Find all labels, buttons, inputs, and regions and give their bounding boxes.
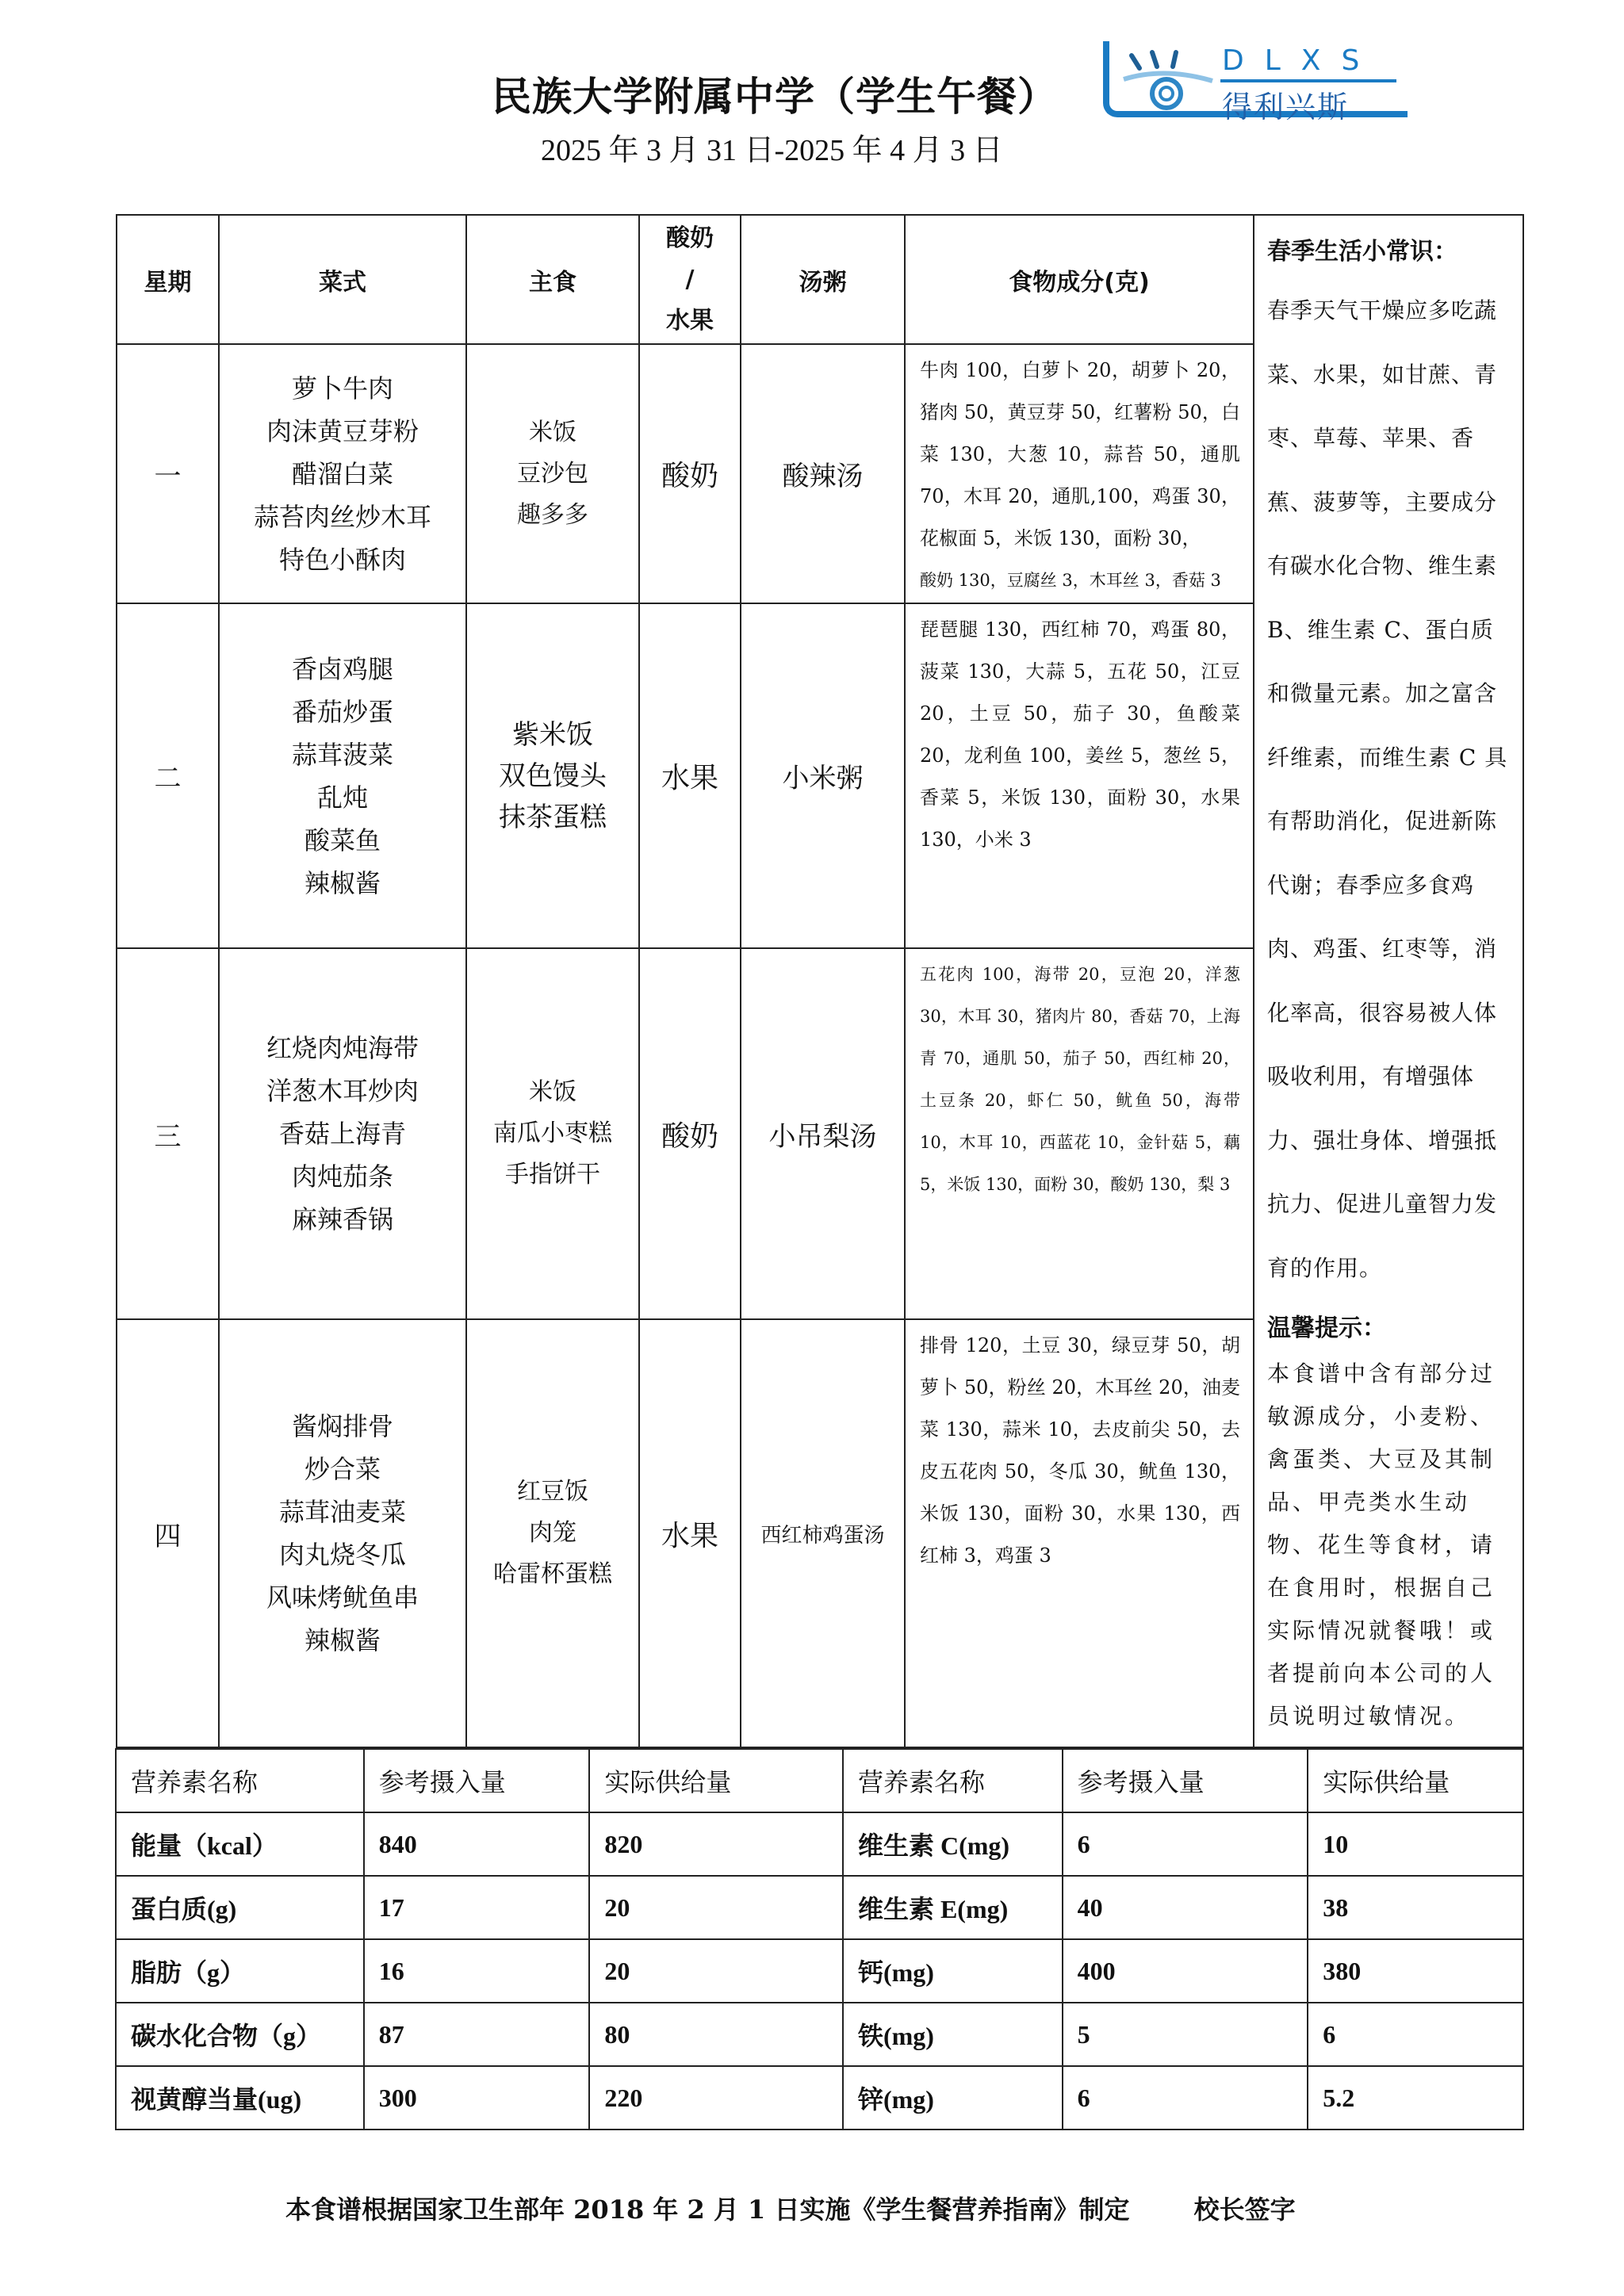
actual-value: 820 [589, 1812, 843, 1876]
staple-item: 南瓜小枣糕 [493, 1113, 612, 1154]
staple-item: 豆沙包 [517, 453, 588, 495]
spring-tips-title: 春季生活小常识： [1267, 228, 1513, 276]
ingredients-text-tail: 酸奶 130，豆腐丝 3，木耳丝 3，香菇 3 [920, 560, 1221, 602]
yogurt-fruit-tue: 水果 [640, 604, 741, 949]
reference-value: 6 [1063, 2066, 1308, 2130]
reference-value: 5 [1063, 2003, 1308, 2066]
dish-item: 洋葱木耳炒肉 [266, 1070, 419, 1112]
logo-chinese-text: 得利兴斯 [1222, 82, 1349, 126]
actual-value: 20 [589, 1939, 843, 2003]
staples-thu: 红豆饭 肉笼 哈雷杯蛋糕 [467, 1320, 640, 1747]
table-row: 视黄醇当量(ug) 300 220 锌(mg) 6 5.2 [116, 2066, 1523, 2130]
spring-tips-body: 春季天气干燥应多吃蔬菜、水果，如甘蔗、青枣、草莓、苹果、香蕉、菠萝等，主要成分有… [1267, 279, 1513, 1300]
company-logo: DLXS 得利兴斯 [1103, 41, 1404, 114]
nutrient-name: 维生素 C(mg) [843, 1812, 1063, 1876]
nutrient-name: 碳水化合物（g） [116, 2003, 364, 2066]
principal-signature-label: 校长签字 [1194, 2195, 1296, 2225]
footer: 本食谱根据国家卫生部年 2018 年 2 月 1 日实施《学生餐营养指南》制定 … [285, 2190, 1296, 2226]
dish-item: 蒜茸油麦菜 [279, 1490, 406, 1533]
staple-item: 肉笼 [529, 1513, 576, 1554]
dish-item: 香菇上海青 [279, 1112, 406, 1155]
soup-mon: 酸辣汤 [741, 345, 906, 604]
allergy-warning-title: 温馨提示： [1267, 1305, 1513, 1353]
col-header-yogurt-line1: 酸奶 [666, 218, 714, 259]
day-label-mon: 一 [117, 345, 220, 604]
ingredients-text: 牛肉 100，白萝卜 20，胡萝卜 20，猪肉 50，黄豆芽 50，红薯粉 50… [920, 350, 1240, 560]
soup-tue: 小米粥 [741, 604, 906, 949]
actual-value: 20 [589, 1876, 843, 1939]
dish-item: 番茄炒蛋 [292, 691, 393, 733]
staple-item: 抹茶蛋糕 [499, 797, 607, 838]
yogurt-fruit-thu: 水果 [640, 1320, 741, 1747]
dish-item: 辣椒酱 [304, 1619, 381, 1662]
dish-item: 醋溜白菜 [292, 453, 393, 496]
staple-item: 双色馒头 [499, 756, 607, 797]
table-row: 脂肪（g） 16 20 钙(mg) 400 380 [116, 1939, 1523, 2003]
nutrient-name: 能量（kcal） [116, 1812, 364, 1876]
header-nutrient-name: 营养素名称 [116, 1749, 364, 1812]
nutrient-name: 铁(mg) [843, 2003, 1063, 2066]
nutrient-name: 蛋白质(g) [116, 1876, 364, 1939]
staples-tue: 紫米饭 双色馒头 抹茶蛋糕 [467, 604, 640, 949]
yogurt-fruit-wed: 酸奶 [640, 949, 741, 1320]
dish-item: 蒜茸菠菜 [292, 733, 393, 776]
staple-item: 趣多多 [517, 495, 588, 536]
nutrient-name: 维生素 E(mg) [843, 1876, 1063, 1939]
reference-value: 16 [364, 1939, 590, 2003]
allergy-warning-body: 本食谱中含有部分过敏源成分，小麦粉、禽蛋类、大豆及其制品、甲壳类水生动物、花生等… [1267, 1353, 1513, 1738]
staple-item: 米饭 [529, 412, 576, 453]
dish-item: 酱焖排骨 [292, 1405, 393, 1448]
staples-mon: 米饭 豆沙包 趣多多 [467, 345, 640, 604]
ingredients-tue: 琵琶腿 130，西红柿 70，鸡蛋 80，菠菜 130，大蒜 5，五花 50，江… [906, 604, 1254, 949]
dishes-mon: 萝卜牛肉 肉沫黄豆芽粉 醋溜白菜 蒜苔肉丝炒木耳 特色小酥肉 [220, 345, 467, 604]
dishes-tue: 香卤鸡腿 番茄炒蛋 蒜茸菠菜 乱炖 酸菜鱼 辣椒酱 [220, 604, 467, 949]
nutrient-name: 锌(mg) [843, 2066, 1063, 2130]
dish-item: 麻辣香锅 [292, 1198, 393, 1241]
table-row: 碳水化合物（g） 87 80 铁(mg) 5 6 [116, 2003, 1523, 2066]
day-label-wed: 三 [117, 949, 220, 1320]
header-reference-intake: 参考摄入量 [1063, 1749, 1308, 1812]
nutrition-table: 营养素名称 参考摄入量 实际供给量 营养素名称 参考摄入量 实际供给量 能量（k… [115, 1748, 1524, 2130]
dish-item: 红烧肉炖海带 [266, 1027, 419, 1070]
dish-item: 香卤鸡腿 [292, 648, 393, 691]
reference-value: 17 [364, 1876, 590, 1939]
dish-item: 肉丸烧冬瓜 [279, 1533, 406, 1576]
eye-spiral-logo-icon [1120, 48, 1216, 111]
actual-value: 10 [1308, 1812, 1523, 1876]
col-header-soup: 汤粥 [741, 216, 906, 345]
dish-item: 炒合菜 [304, 1448, 381, 1490]
reference-value: 87 [364, 2003, 590, 2066]
header-reference-intake: 参考摄入量 [364, 1749, 590, 1812]
dish-item: 辣椒酱 [304, 862, 381, 905]
actual-value: 220 [589, 2066, 843, 2130]
dish-item: 风味烤鱿鱼串 [266, 1576, 419, 1619]
soup-wed: 小吊梨汤 [741, 949, 906, 1320]
dish-item: 特色小酥肉 [279, 538, 406, 581]
reference-value: 840 [364, 1812, 590, 1876]
header-actual-supply: 实际供给量 [589, 1749, 843, 1812]
nutrient-name: 视黄醇当量(ug) [116, 2066, 364, 2130]
table-row: 蛋白质(g) 17 20 维生素 E(mg) 40 38 [116, 1876, 1523, 1939]
staples-wed: 米饭 南瓜小枣糕 手指饼干 [467, 949, 640, 1320]
day-label-thu: 四 [117, 1320, 220, 1747]
staple-item: 米饭 [529, 1072, 576, 1113]
reference-value: 400 [1063, 1939, 1308, 2003]
nutrient-name: 钙(mg) [843, 1939, 1063, 2003]
actual-value: 80 [589, 2003, 843, 2066]
reference-value: 40 [1063, 1876, 1308, 1939]
col-header-staple: 主食 [467, 216, 640, 345]
ingredients-wed: 五花肉 100，海带 20，豆泡 20，洋葱 30，木耳 30，猪肉片 80，香… [906, 949, 1254, 1320]
sidebar-notes: 春季生活小常识： 春季天气干燥应多吃蔬菜、水果，如甘蔗、青枣、草莓、苹果、香蕉、… [1253, 214, 1524, 1748]
soup-thu: 西红柿鸡蛋汤 [741, 1320, 906, 1747]
actual-value: 5.2 [1308, 2066, 1523, 2130]
page-title: 民族大学附属中学（学生午餐） [492, 65, 1058, 122]
dish-item: 肉炖茄条 [292, 1155, 393, 1198]
ingredients-thu: 排骨 120，土豆 30，绿豆芽 50，胡萝卜 50，粉丝 20，木耳丝 20，… [906, 1320, 1254, 1747]
staple-item: 哈雷杯蛋糕 [493, 1554, 612, 1595]
dishes-wed: 红烧肉炖海带 洋葱木耳炒肉 香菇上海青 肉炖茄条 麻辣香锅 [220, 949, 467, 1320]
dish-item: 萝卜牛肉 [292, 367, 393, 410]
actual-value: 38 [1308, 1876, 1523, 1939]
day-label-tue: 二 [117, 604, 220, 949]
dishes-thu: 酱焖排骨 炒合菜 蒜茸油麦菜 肉丸烧冬瓜 风味烤鱿鱼串 辣椒酱 [220, 1320, 467, 1747]
staple-item: 红豆饭 [517, 1471, 588, 1513]
col-header-yogurt-fruit: 酸奶 / 水果 [640, 216, 741, 345]
logo-latin-text: DLXS [1222, 44, 1380, 77]
header-actual-supply: 实际供给量 [1308, 1749, 1523, 1812]
col-header-yogurt-line2: / [686, 259, 695, 300]
nutrient-name: 脂肪（g） [116, 1939, 364, 2003]
nutrition-header-row: 营养素名称 参考摄入量 实际供给量 营养素名称 参考摄入量 实际供给量 [116, 1749, 1523, 1812]
dish-item: 乱炖 [317, 776, 368, 819]
col-header-dishes: 菜式 [220, 216, 467, 345]
staple-item: 紫米饭 [512, 714, 593, 756]
yogurt-fruit-mon: 酸奶 [640, 345, 741, 604]
col-header-weekday: 星期 [117, 216, 220, 345]
reference-value: 6 [1063, 1812, 1308, 1876]
dish-item: 蒜苔肉丝炒木耳 [254, 496, 431, 538]
dish-item: 肉沫黄豆芽粉 [266, 410, 419, 453]
header-nutrient-name: 营养素名称 [843, 1749, 1063, 1812]
staple-item: 手指饼干 [505, 1154, 600, 1196]
footer-note: 本食谱根据国家卫生部年 2018 年 2 月 1 日实施《学生餐营养指南》制定 [285, 2195, 1129, 2225]
table-row: 能量（kcal） 840 820 维生素 C(mg) 6 10 [116, 1812, 1523, 1876]
dish-item: 酸菜鱼 [304, 819, 381, 862]
col-header-yogurt-line3: 水果 [666, 300, 714, 342]
actual-value: 6 [1308, 2003, 1523, 2066]
date-range: 2025 年 3 月 31 日-2025 年 4 月 3 日 [541, 125, 1003, 169]
actual-value: 380 [1308, 1939, 1523, 2003]
reference-value: 300 [364, 2066, 590, 2130]
col-header-ingredients: 食物成分(克) [906, 216, 1254, 345]
ingredients-mon: 牛肉 100，白萝卜 20，胡萝卜 20，猪肉 50，黄豆芽 50，红薯粉 50… [906, 345, 1254, 604]
